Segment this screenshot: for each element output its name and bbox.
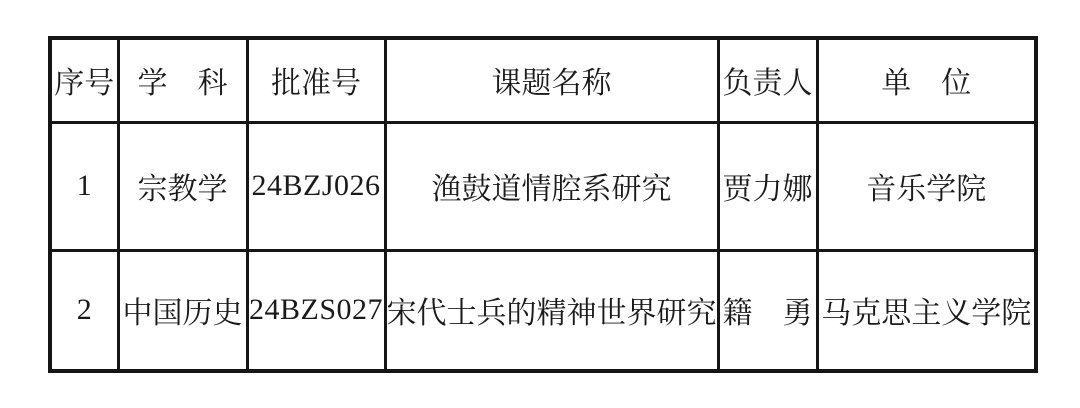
table-row: 2 中国历史 24BZS027 宋代士兵的精神世界研究 籍 勇 马克思主义学院 [50,250,1036,371]
cell-approval-number: 24BZS027 [247,250,385,371]
cell-discipline: 宗教学 [118,122,247,250]
header-leader: 负责人 [718,38,817,122]
cell-approval-number: 24BZJ026 [247,122,385,250]
header-discipline: 学 科 [118,38,247,122]
document-page: 序号 学 科 批准号 课题名称 负责人 单 位 1 宗教学 24BZJ026 渔… [0,0,1080,408]
cell-serial-number: 2 [50,250,118,371]
cell-discipline: 中国历史 [118,250,247,371]
cell-project-title: 渔鼓道情腔系研究 [385,122,718,250]
table-row: 1 宗教学 24BZJ026 渔鼓道情腔系研究 贾力娜 音乐学院 [50,122,1036,250]
cell-leader: 籍 勇 [718,250,817,371]
cell-leader: 贾力娜 [718,122,817,250]
header-approval-number: 批准号 [247,38,385,122]
cell-unit: 马克思主义学院 [817,250,1036,371]
header-serial-number: 序号 [50,38,118,122]
header-project-title: 课题名称 [385,38,718,122]
table-header-row: 序号 学 科 批准号 课题名称 负责人 单 位 [50,38,1036,122]
cell-project-title: 宋代士兵的精神世界研究 [385,250,718,371]
cell-serial-number: 1 [50,122,118,250]
cell-unit: 音乐学院 [817,122,1036,250]
header-unit: 单 位 [817,38,1036,122]
project-approval-table: 序号 学 科 批准号 课题名称 负责人 单 位 1 宗教学 24BZJ026 渔… [48,36,1038,373]
